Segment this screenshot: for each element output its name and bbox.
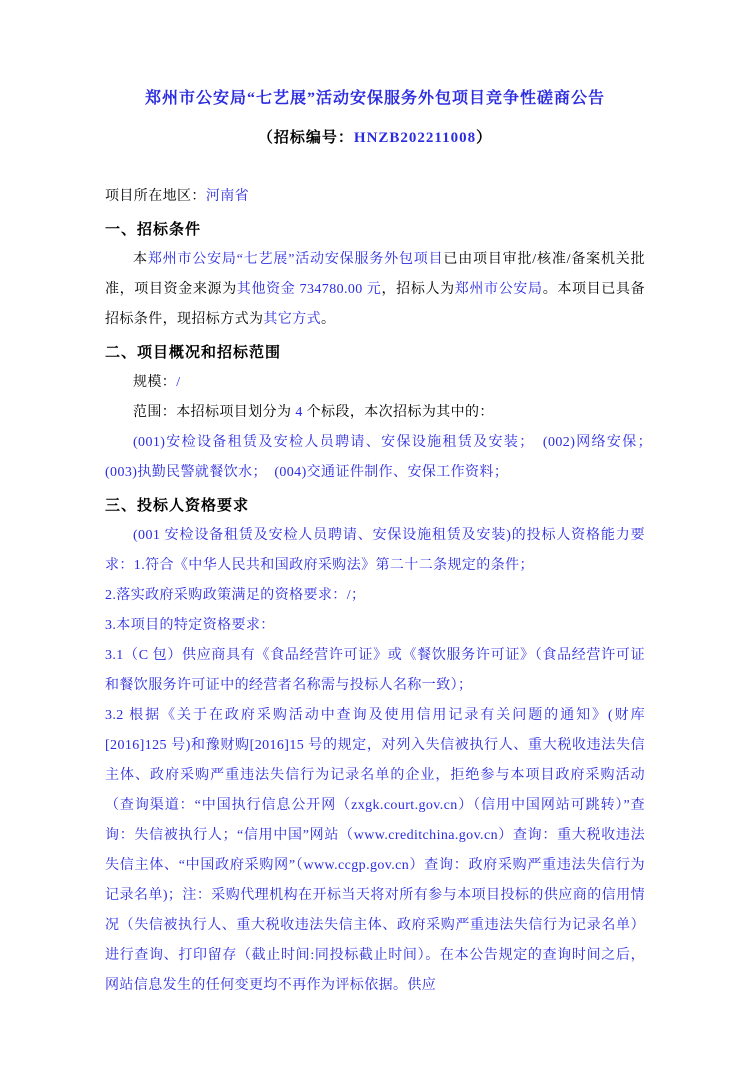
text-run: 项目所在地区： <box>105 189 206 204</box>
text-run: 河南省 <box>206 189 249 204</box>
text-run: 范围：本招标项目划分为 <box>133 405 295 420</box>
text-run: 三、投标人资格要求 <box>105 498 249 514</box>
text-run: (001)安检设备租赁及安检人员聘请、安保设施租赁及安装； (002)网络安保；… <box>105 435 659 480</box>
qualification-requirement-3: 3.本项目的特定资格要求： <box>105 611 645 641</box>
text-run: 3.2 根据《关于在政府采购活动中查询及使用信用记录有关问题的通知》(财库[20… <box>105 708 645 993</box>
document-title: 郑州市公安局“七艺展”活动安保服务外包项目竞争性磋商公告 <box>105 88 645 110</box>
document-subtitle: （招标编号：HNZB202211008） <box>105 127 645 149</box>
text-run: 本 <box>133 252 148 267</box>
text-run: (001 安检设备租赁及安检人员聘请、安保设施租赁及安装)的投标人资格能力要求：… <box>105 528 645 573</box>
section-2-heading-project-overview: 二、项目概况和招标范围 <box>105 338 645 368</box>
text-run: 郑州市公安局 <box>455 282 543 297</box>
text-run: 2.落实政府采购政策满足的资格要求：/； <box>105 588 365 603</box>
scale-line: 规模：/ <box>105 368 645 398</box>
document-body: 项目所在地区：河南省一、招标条件本郑州市公安局“七艺展”活动安保服务外包项目已由… <box>105 182 645 1001</box>
text-run: 郑州市公安局“七艺展”活动安保服务外包项目 <box>148 252 444 267</box>
text-run: （招标编号： <box>258 130 354 146</box>
text-run: 3.1（C 包）供应商具有《食品经营许可证》或《餐饮服务许可证》（食品经营许可证… <box>105 648 645 693</box>
text-run: 4 <box>295 405 302 420</box>
text-run: / <box>176 375 180 390</box>
text-run: 个标段，本次招标为其中的： <box>303 405 494 420</box>
text-run: 郑州市公安局“七艺展”活动安保服务外包项目竞争性磋商公告 <box>145 90 605 107</box>
bid-conditions-paragraph: 本郑州市公安局“七艺展”活动安保服务外包项目已由项目审批/核准/备案机关批准，项… <box>105 245 645 335</box>
text-run: 规模： <box>133 375 176 390</box>
text-run: HNZB202211008 <box>354 130 476 146</box>
qualification-requirement-1: (001 安检设备租赁及安检人员聘请、安保设施租赁及安装)的投标人资格能力要求：… <box>105 521 645 581</box>
qualification-requirement-2: 2.落实政府采购政策满足的资格要求：/； <box>105 581 645 611</box>
section-3-heading-bidder-qualifications: 三、投标人资格要求 <box>105 491 645 521</box>
text-run: 二、项目概况和招标范围 <box>105 345 281 361</box>
scope-line: 范围：本招标项目划分为 4 个标段，本次招标为其中的： <box>105 398 645 428</box>
text-run: 其他资金 734780.00 元 <box>237 282 382 297</box>
project-location-line: 项目所在地区：河南省 <box>105 182 645 212</box>
section-1-heading-bid-conditions: 一、招标条件 <box>105 215 645 245</box>
bid-sections-list: (001)安检设备租赁及安检人员聘请、安保设施租赁及安装； (002)网络安保；… <box>105 428 645 488</box>
qualification-requirement-3-1: 3.1（C 包）供应商具有《食品经营许可证》或《餐饮服务许可证》（食品经营许可证… <box>105 641 645 701</box>
text-run: ） <box>476 130 492 146</box>
text-run: 。 <box>321 312 335 327</box>
qualification-requirement-3-2: 3.2 根据《关于在政府采购活动中查询及使用信用记录有关问题的通知》(财库[20… <box>105 701 645 1001</box>
text-run: 3.本项目的特定资格要求： <box>105 618 275 633</box>
text-run: 一、招标条件 <box>105 222 201 238</box>
text-run: ，招标人为 <box>382 282 455 297</box>
document-page: 郑州市公安局“七艺展”活动安保服务外包项目竞争性磋商公告 （招标编号：HNZB2… <box>0 0 745 1065</box>
text-run: 其它方式 <box>263 312 321 327</box>
